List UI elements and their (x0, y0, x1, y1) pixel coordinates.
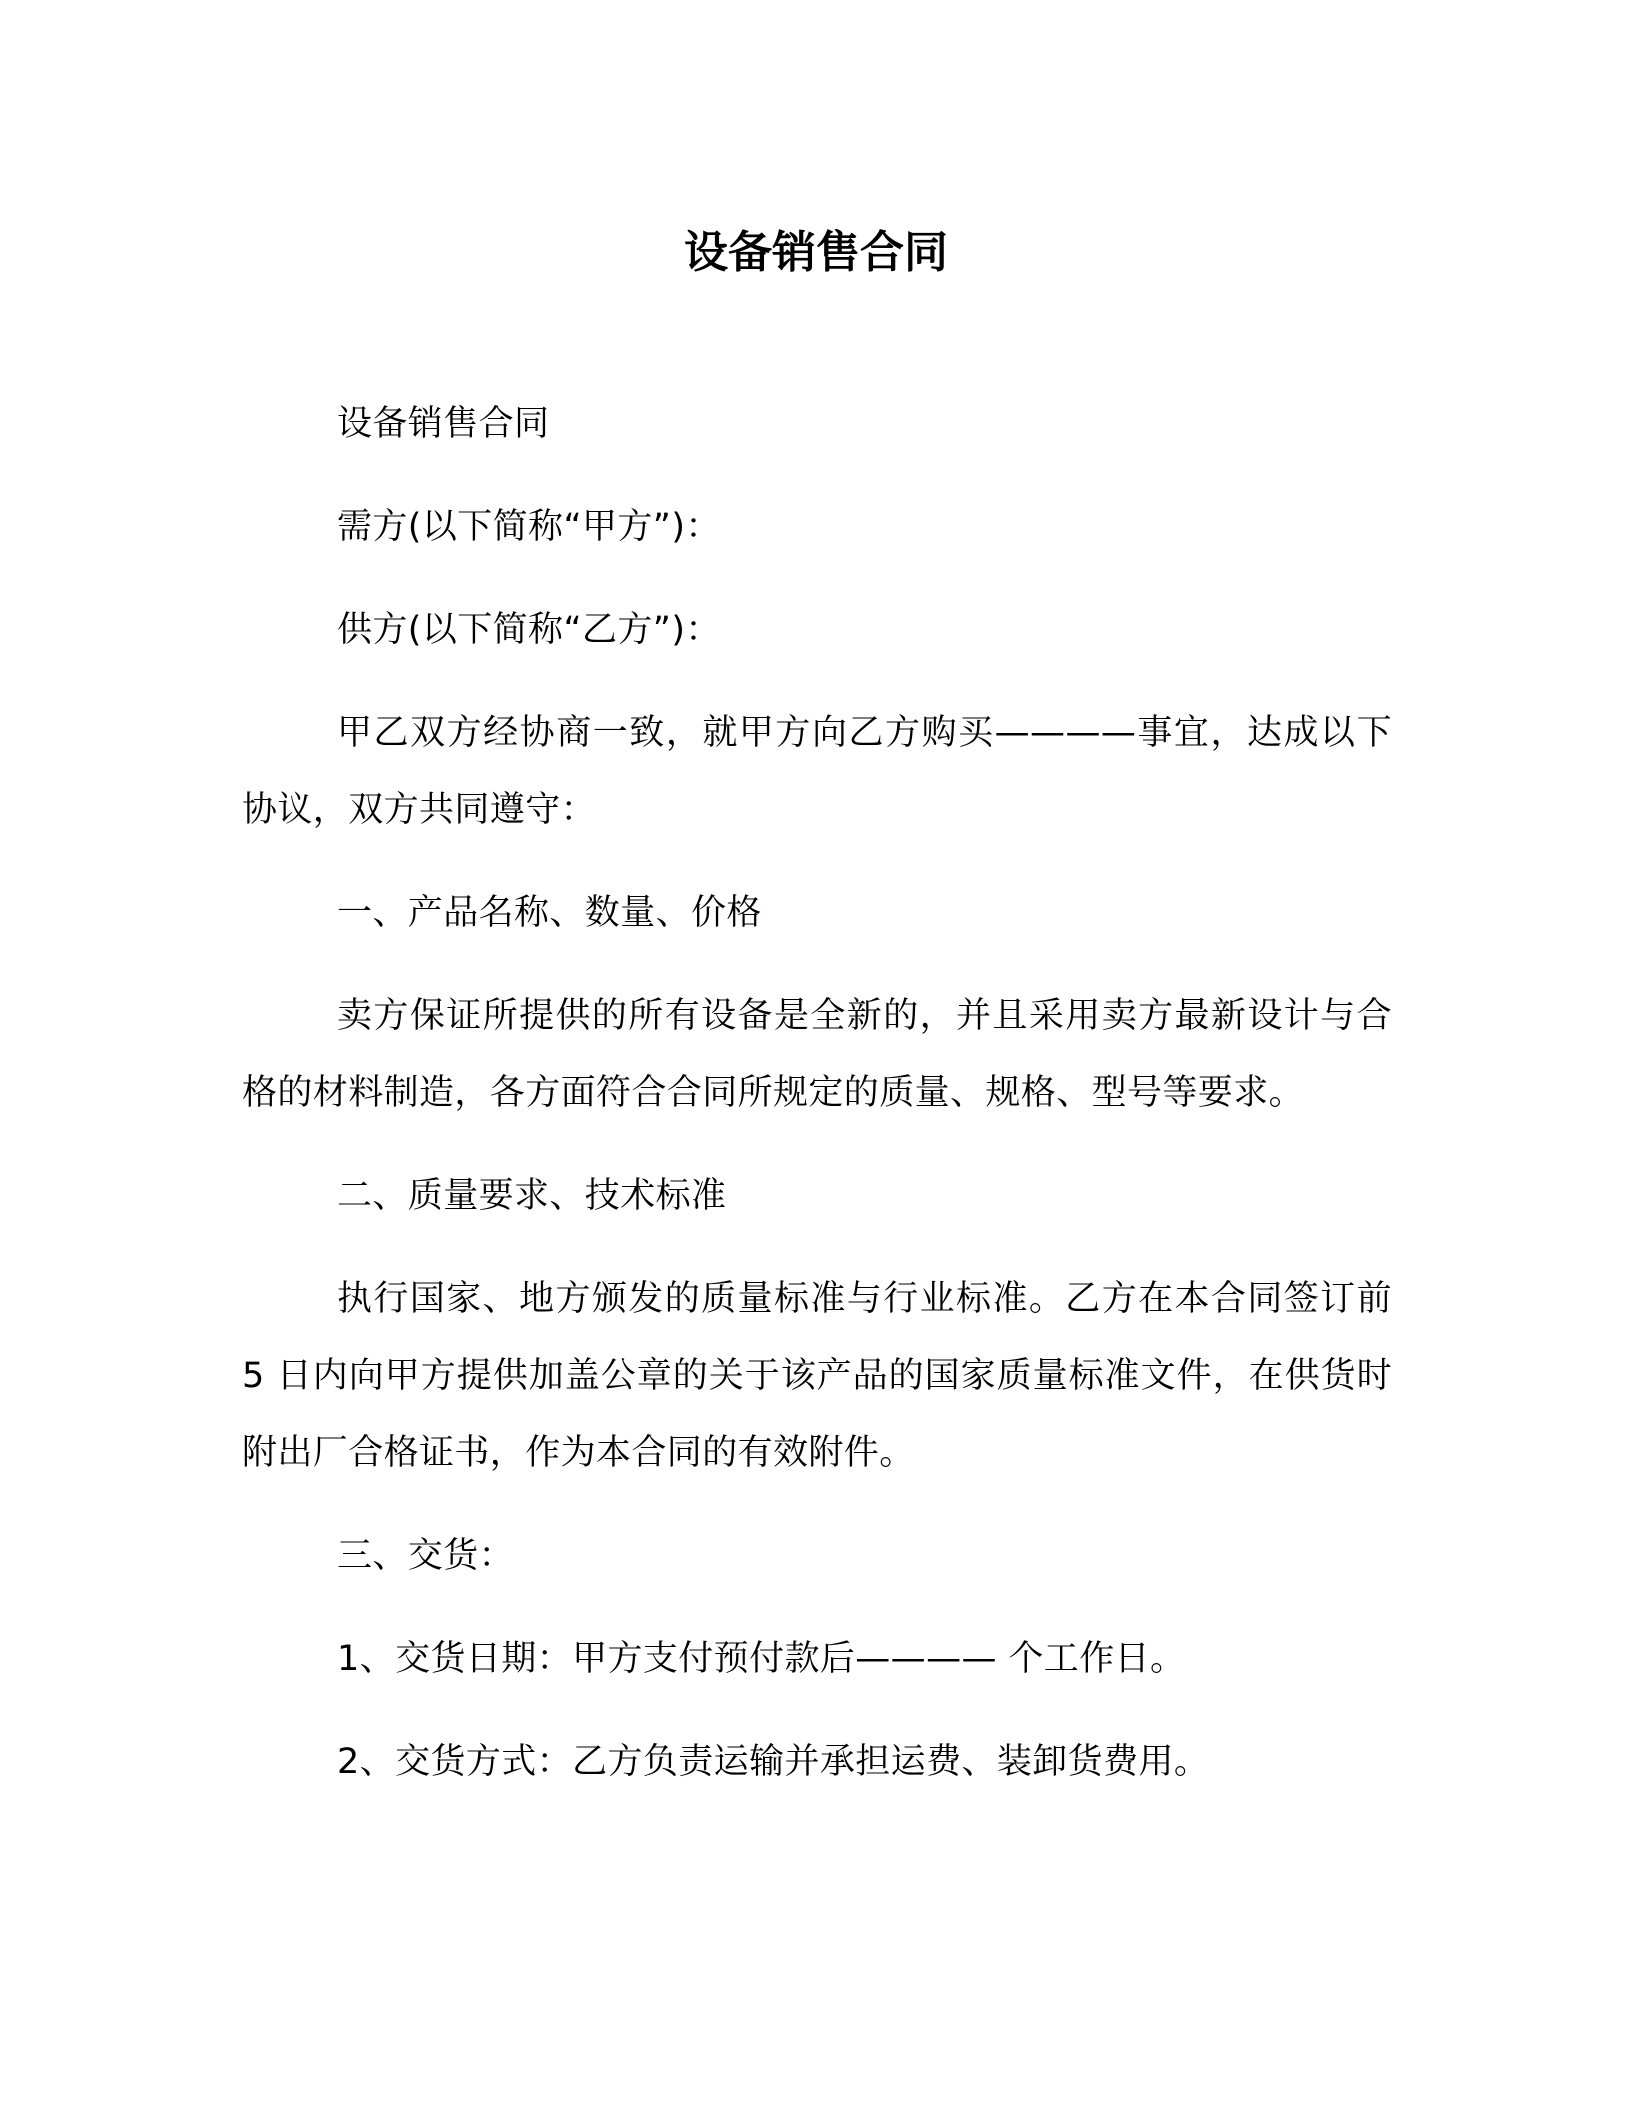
section-1-heading: 一、产品名称、数量、价格 (242, 875, 1392, 952)
section-2-heading: 二、质量要求、技术标准 (242, 1158, 1392, 1235)
contract-heading-line: 设备销售合同 (242, 386, 1392, 463)
delivery-method-item: 2、交货方式：乙方负责运输并承担运费、装卸货费用。 (242, 1724, 1392, 1801)
agreement-intro-paragraph: 甲乙双方经协商一致，就甲方向乙方购买————事宜，达成以下协议，双方共同遵守： (242, 695, 1392, 849)
document-page: 设备销售合同 设备销售合同 需方(以下简称“甲方”)： 供方(以下简称“乙方”)… (0, 0, 1632, 2112)
document-title: 设备销售合同 (0, 214, 1632, 292)
section-2-paragraph: 执行国家、地方颁发的质量标准与行业标准。乙方在本合同签订前 5 日内向甲方提供加… (242, 1261, 1392, 1492)
party-b-line: 供方(以下简称“乙方”)： (242, 592, 1392, 669)
section-3-heading: 三、交货： (242, 1518, 1392, 1595)
document-body: 设备销售合同 需方(以下简称“甲方”)： 供方(以下简称“乙方”)： 甲乙双方经… (242, 386, 1392, 1827)
section-1-paragraph: 卖方保证所提供的所有设备是全新的，并且采用卖方最新设计与合格的材料制造，各方面符… (242, 978, 1392, 1132)
party-a-line: 需方(以下简称“甲方”)： (242, 489, 1392, 566)
delivery-date-item: 1、交货日期：甲方支付预付款后———— 个工作日。 (242, 1621, 1392, 1698)
